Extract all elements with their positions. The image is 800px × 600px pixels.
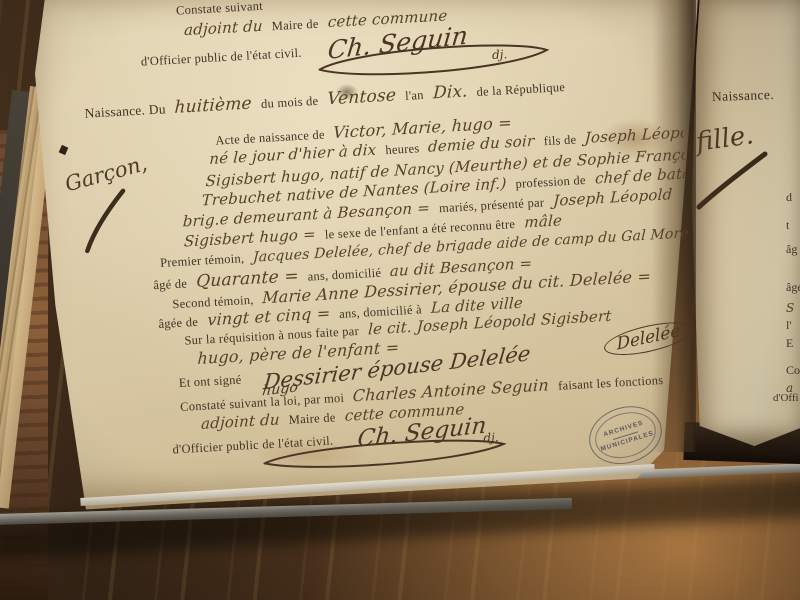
print-text: de la République [476, 80, 565, 99]
photo-scene: Constate suivant adjoint du Maire de cet… [0, 0, 800, 600]
print-text: âgée de [158, 315, 198, 331]
right-page-heading: Naissance. [712, 87, 775, 105]
print-text: l'an [405, 88, 424, 103]
print-text: du mois de [261, 94, 319, 111]
archive-stamp-text: ARCHIVES MUNICIPALES [596, 416, 655, 454]
print-text: d'Officier public de l'état civil. [140, 46, 302, 69]
print-text: âgé de [153, 276, 188, 292]
edge-fragment: E [786, 336, 793, 351]
edge-fragment: âg [786, 242, 797, 257]
margin-pen-stroke [81, 188, 132, 255]
print-text: profession de [515, 173, 586, 191]
print-text: Constate suivant [176, 0, 264, 18]
edge-fragment: d'Offi [773, 392, 799, 404]
handwritten-text: Ventose [327, 85, 397, 109]
print-text: Naissance. Du [84, 101, 166, 121]
edge-fragment: Co [786, 363, 800, 378]
left-page-text: Constate suivant adjoint du Maire de cet… [40, 0, 704, 542]
print-text: Maire de [271, 17, 318, 34]
edge-fragment: l' [786, 318, 792, 333]
signature-delelee: Delelée [603, 316, 694, 361]
print-text: Premier témoin, [160, 251, 245, 270]
print-text: Et ont signé [178, 373, 241, 390]
handwritten-text: huitième [174, 93, 252, 117]
stamp-divider [613, 431, 638, 440]
edge-fragment: âgé [786, 280, 800, 295]
handwritten-text: Dix. [432, 81, 468, 103]
handwritten-text: mâle [524, 211, 562, 231]
print-text: ans, domicilié [307, 266, 381, 284]
print-text: fils de [543, 132, 576, 148]
stamp-top-text: ARCHIVES [596, 416, 652, 442]
paraph-mark: dj. [492, 47, 508, 62]
edge-fragment: S [786, 301, 794, 315]
print-text: faisant les fonctions [558, 373, 664, 393]
margin-slash-stroke [695, 150, 771, 212]
stamp-bottom-text: MUNICIPALES [599, 428, 655, 454]
edge-fragment: d [786, 190, 792, 205]
archive-stamp: ARCHIVES MUNICIPALES [582, 397, 669, 472]
paraph-mark: dj. [483, 430, 499, 445]
edge-fragment: t [786, 218, 789, 233]
print-text: heures [385, 141, 420, 157]
right-page [686, 0, 800, 446]
